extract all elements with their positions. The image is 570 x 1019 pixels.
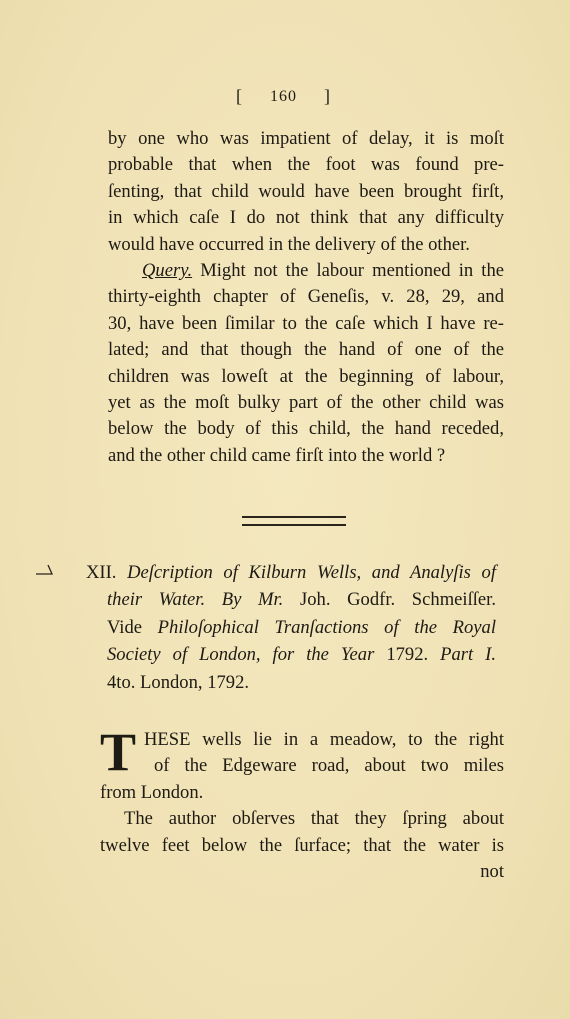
- citation-line: their Water. By Mr. Joh. Godfr. Schmeiſſ…: [86, 586, 496, 613]
- citation-title: Deſcription of Kilburn Wells, and Analyſ…: [127, 562, 496, 583]
- section-body: T HESE wells lie in a meadow, to the rig…: [100, 727, 504, 885]
- book-page: [ 160 ] by one who was impatient of dela…: [0, 0, 570, 1019]
- citation-block: XII. Deſcription of Kilburn Wells, and A…: [86, 559, 496, 696]
- query-text: Might not the labour mentioned in the: [192, 260, 504, 281]
- text-line: below the body of this child, the hand r…: [108, 416, 504, 442]
- text-line: from London.: [100, 780, 504, 806]
- drop-cap: T: [100, 729, 136, 775]
- text-line: and the other child came firſt into the …: [108, 443, 504, 469]
- text-line: probable that when the foot was found pr…: [108, 152, 504, 178]
- citation-numeral: XII.: [86, 562, 116, 583]
- text-line: in which caſe I do not think that any di…: [108, 205, 504, 231]
- query-line: Query. Might not the labour mentioned in…: [108, 258, 504, 284]
- citation-line: XII. Deſcription of Kilburn Wells, and A…: [86, 559, 496, 586]
- page-number: 160: [270, 88, 297, 106]
- query-label: Query.: [142, 260, 192, 281]
- handwritten-mark-icon: [34, 562, 58, 576]
- body-text: by one who was impatient of delay, it is…: [108, 126, 504, 469]
- text-line: twelve feet below the ſurface; that the …: [100, 833, 504, 859]
- left-bracket: [: [236, 86, 243, 107]
- citation-line: Society of London, for the Year 1792. Pa…: [86, 641, 496, 668]
- text-line: would have occurred in the delivery of t…: [108, 232, 504, 258]
- text-line: 30, have been ſimilar to the caſe which …: [108, 311, 504, 337]
- text-line: by one who was impatient of delay, it is…: [108, 126, 504, 152]
- text-line: The author obſerves that they ſpring abo…: [100, 806, 504, 832]
- catchword: not: [100, 859, 504, 885]
- citation-line: 4to. London, 1792.: [86, 669, 496, 696]
- text-line: HESE wells lie in a meadow, to the right: [100, 727, 504, 753]
- text-line: of the Edgeware road, about two miles: [100, 753, 504, 779]
- text-line: yet as the moſt bulky part of the other …: [108, 390, 504, 416]
- text-line: children was loweſt at the beginning of …: [108, 364, 504, 390]
- section-divider-rule: [242, 516, 346, 526]
- right-bracket: ]: [324, 86, 331, 107]
- text-line: ſenting, that child would have been brou…: [108, 179, 504, 205]
- text-line: thirty-eighth chapter of Geneſis, v. 28,…: [108, 284, 504, 310]
- text-line: lated; and that though the hand of one o…: [108, 337, 504, 363]
- citation-line: Vide Philoſophical Tranſactions of the R…: [86, 614, 496, 641]
- citation-author: Joh. Godfr. Schmeiſſer.: [300, 589, 496, 610]
